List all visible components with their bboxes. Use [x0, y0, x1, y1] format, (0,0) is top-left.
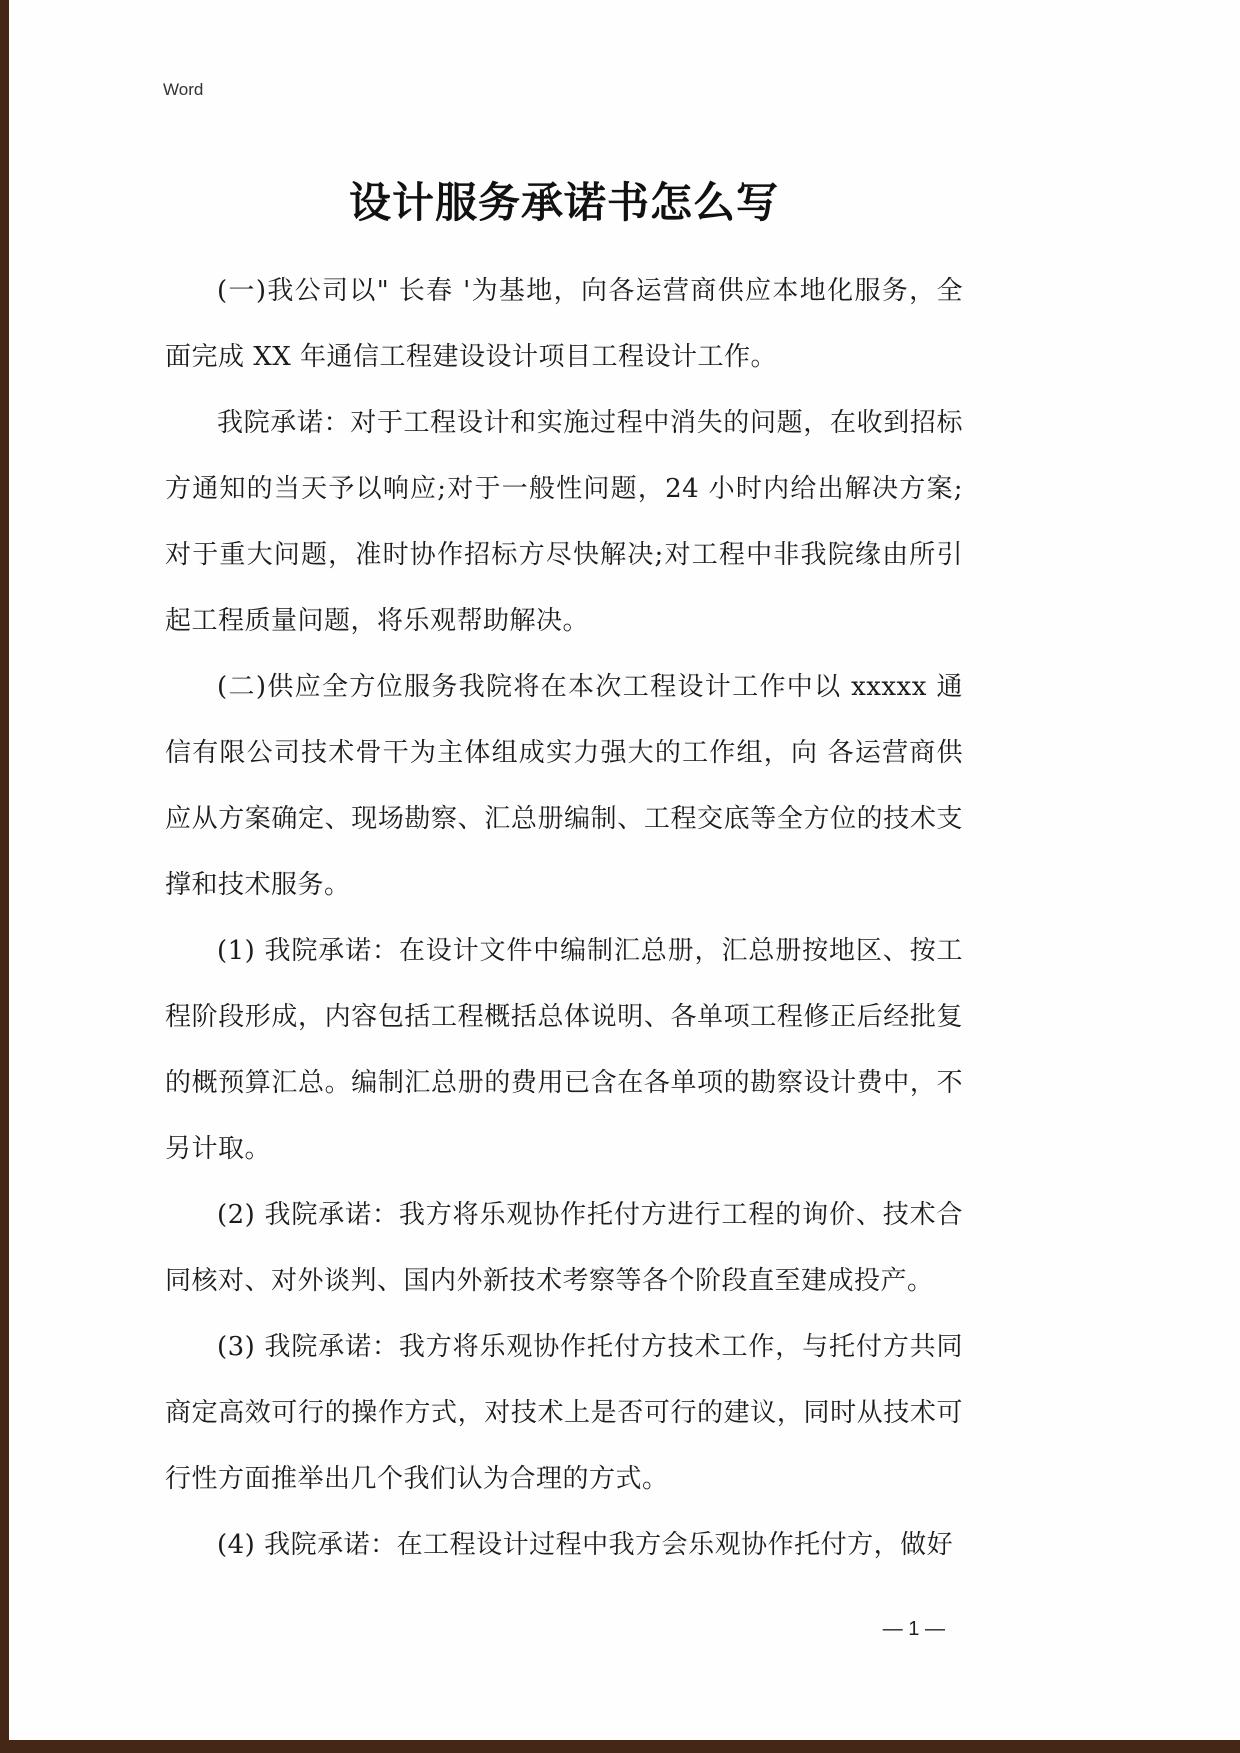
document-body: 设计服务承诺书怎么写 (一)我公司以" 长春 '为基地，向各运营商供应本地化服务…	[165, 170, 963, 1578]
paragraph-4: (1) 我院承诺：在设计文件中编制汇总册，汇总册按地区、按工程阶段形成，内容包括…	[165, 918, 963, 1182]
paragraph-6: (3) 我院承诺：我方将乐观协作托付方技术工作，与托付方共同商定高效可行的操作方…	[165, 1314, 963, 1512]
paragraph-7: (4) 我院承诺：在工程设计过程中我方会乐观协作托付方，做好	[165, 1512, 963, 1578]
paragraph-5: (2) 我院承诺：我方将乐观协作托付方进行工程的询价、技术合同核对、对外谈判、国…	[165, 1182, 963, 1314]
document-title: 设计服务承诺书怎么写	[165, 170, 963, 230]
page-bottom-border	[0, 1740, 1240, 1753]
paragraph-1: (一)我公司以" 长春 '为基地，向各运营商供应本地化服务，全面完成 XX 年通…	[165, 258, 963, 390]
page-number: — 1 —	[165, 1618, 963, 1641]
page-left-border	[0, 0, 9, 1753]
app-label: Word	[163, 80, 203, 100]
document-page: Word 设计服务承诺书怎么写 (一)我公司以" 长春 '为基地，向各运营商供应…	[0, 0, 1240, 1753]
paragraph-2: 我院承诺：对于工程设计和实施过程中消失的问题，在收到招标方通知的当天予以响应;对…	[165, 390, 963, 654]
paragraph-3: (二)供应全方位服务我院将在本次工程设计工作中以 xxxxx 通信有限公司技术骨…	[165, 654, 963, 918]
